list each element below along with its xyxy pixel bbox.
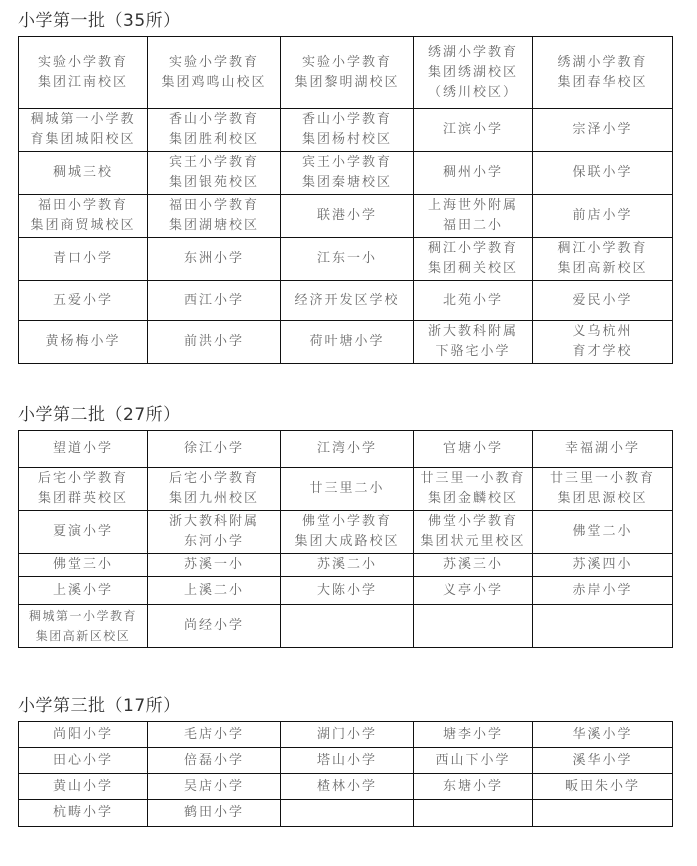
school-cell: 江东一小 — [281, 238, 414, 281]
school-cell: 吴店小学 — [148, 774, 281, 800]
table-row: 稠城三校 宾王小学教育 集团银苑校区 宾王小学教育 集团秦塘校区 稠州小学 保联… — [19, 152, 673, 195]
school-cell: 宾王小学教育 集团银苑校区 — [148, 152, 281, 195]
table-row: 尚阳小学 毛店小学 湖门小学 塘李小学 华溪小学 — [19, 722, 673, 748]
table-row: 黄山小学 吴店小学 楂林小学 东塘小学 畈田朱小学 — [19, 774, 673, 800]
school-cell: 荷叶塘小学 — [281, 321, 414, 364]
school-cell: 香山小学教育 集团胜利校区 — [148, 109, 281, 152]
table-row: 杭畴小学 鹤田小学 — [19, 800, 673, 827]
table-row: 夏演小学 浙大教科附属 东河小学 佛堂小学教育 集团大成路校区 佛堂小学教育 集… — [19, 511, 673, 554]
table-row: 稠城第一小学教 育集团城阳校区 香山小学教育 集团胜利校区 香山小学教育 集团杨… — [19, 109, 673, 152]
table-row: 黄杨梅小学 前洪小学 荷叶塘小学 浙大教科附属 下骆宅小学 义乌杭州 育才学校 — [19, 321, 673, 364]
school-cell: 义乌杭州 育才学校 — [533, 321, 673, 364]
school-cell: 香山小学教育 集团杨村校区 — [281, 109, 414, 152]
table-row: 上溪小学 上溪二小 大陈小学 义亭小学 赤岸小学 — [19, 577, 673, 605]
school-cell: 赤岸小学 — [533, 577, 673, 605]
school-cell: 上溪小学 — [19, 577, 148, 605]
school-cell: 佛堂小学教育 集团大成路校区 — [281, 511, 414, 554]
school-cell: 杭畴小学 — [19, 800, 148, 827]
school-cell: 黄杨梅小学 — [19, 321, 148, 364]
school-cell: 江湾小学 — [281, 431, 414, 468]
section-title: 小学第二批（27所） — [18, 404, 672, 426]
school-cell: 西江小学 — [148, 281, 281, 321]
school-cell: 福田小学教育 集团湖塘校区 — [148, 195, 281, 238]
school-cell: 徐江小学 — [148, 431, 281, 468]
school-cell: 五爱小学 — [19, 281, 148, 321]
section-title: 小学第一批（35所） — [18, 10, 672, 32]
school-cell: 苏溪三小 — [414, 554, 533, 577]
school-cell: 后宅小学教育 集团九州校区 — [148, 468, 281, 511]
school-cell: 尚经小学 — [148, 605, 281, 648]
school-cell: 官塘小学 — [414, 431, 533, 468]
table-row: 福田小学教育 集团商贸城校区 福田小学教育 集团湖塘校区 联港小学 上海世外附属… — [19, 195, 673, 238]
school-cell: 宗泽小学 — [533, 109, 673, 152]
empty-cell — [281, 800, 414, 827]
school-cell: 绣湖小学教育 集团绣湖校区 （绣川校区） — [414, 37, 533, 109]
school-cell: 尚阳小学 — [19, 722, 148, 748]
school-cell: 佛堂小学教育 集团状元里校区 — [414, 511, 533, 554]
school-cell: 宾王小学教育 集团秦塘校区 — [281, 152, 414, 195]
school-table: 尚阳小学 毛店小学 湖门小学 塘李小学 华溪小学 田心小学 倍磊小学 塔山小学 … — [18, 721, 673, 827]
school-cell: 望道小学 — [19, 431, 148, 468]
school-cell: 廿三里二小 — [281, 468, 414, 511]
school-cell: 稠州小学 — [414, 152, 533, 195]
school-cell: 实验小学教育 集团鸡鸣山校区 — [148, 37, 281, 109]
school-cell: 上海世外附属 福田二小 — [414, 195, 533, 238]
table-row: 青口小学 东洲小学 江东一小 稠江小学教育 集团稠关校区 稠江小学教育 集团高新… — [19, 238, 673, 281]
school-cell: 福田小学教育 集团商贸城校区 — [19, 195, 148, 238]
section-batch-3: 小学第三批（17所） 尚阳小学 毛店小学 湖门小学 塘李小学 华溪小学 田心小学… — [18, 695, 672, 827]
school-table: 望道小学 徐江小学 江湾小学 官塘小学 幸福湖小学 后宅小学教育 集团群英校区 … — [18, 430, 673, 648]
school-cell: 实验小学教育 集团黎明湖校区 — [281, 37, 414, 109]
section-title: 小学第三批（17所） — [18, 695, 672, 717]
empty-cell — [281, 605, 414, 648]
school-cell: 经济开发区学校 — [281, 281, 414, 321]
school-cell: 联港小学 — [281, 195, 414, 238]
school-cell: 爱民小学 — [533, 281, 673, 321]
school-cell: 夏演小学 — [19, 511, 148, 554]
school-cell: 稠城第一小学教 育集团城阳校区 — [19, 109, 148, 152]
school-cell: 佛堂三小 — [19, 554, 148, 577]
school-cell: 稠江小学教育 集团稠关校区 — [414, 238, 533, 281]
school-cell: 实验小学教育 集团江南校区 — [19, 37, 148, 109]
school-cell: 华溪小学 — [533, 722, 673, 748]
school-cell: 稠城第一小学教育 集团高新区校区 — [19, 605, 148, 648]
school-cell: 东塘小学 — [414, 774, 533, 800]
school-cell: 前洪小学 — [148, 321, 281, 364]
school-cell: 北苑小学 — [414, 281, 533, 321]
school-cell: 前店小学 — [533, 195, 673, 238]
school-cell: 廿三里一小教育 集团金麟校区 — [414, 468, 533, 511]
empty-cell — [414, 605, 533, 648]
school-cell: 楂林小学 — [281, 774, 414, 800]
school-cell: 苏溪四小 — [533, 554, 673, 577]
school-cell: 绣湖小学教育 集团春华校区 — [533, 37, 673, 109]
school-cell: 青口小学 — [19, 238, 148, 281]
school-cell: 倍磊小学 — [148, 748, 281, 774]
school-cell: 稠江小学教育 集团高新校区 — [533, 238, 673, 281]
school-cell: 田心小学 — [19, 748, 148, 774]
section-batch-1: 小学第一批（35所） 实验小学教育 集团江南校区 实验小学教育 集团鸡鸣山校区 … — [18, 10, 672, 364]
school-cell: 溪华小学 — [533, 748, 673, 774]
school-cell: 塔山小学 — [281, 748, 414, 774]
empty-cell — [414, 800, 533, 827]
school-table: 实验小学教育 集团江南校区 实验小学教育 集团鸡鸣山校区 实验小学教育 集团黎明… — [18, 36, 673, 364]
school-cell: 鹤田小学 — [148, 800, 281, 827]
school-cell: 后宅小学教育 集团群英校区 — [19, 468, 148, 511]
school-cell: 湖门小学 — [281, 722, 414, 748]
school-cell: 江滨小学 — [414, 109, 533, 152]
table-row: 望道小学 徐江小学 江湾小学 官塘小学 幸福湖小学 — [19, 431, 673, 468]
school-cell: 保联小学 — [533, 152, 673, 195]
table-row: 五爱小学 西江小学 经济开发区学校 北苑小学 爱民小学 — [19, 281, 673, 321]
school-cell: 稠城三校 — [19, 152, 148, 195]
school-cell: 东洲小学 — [148, 238, 281, 281]
school-cell: 义亭小学 — [414, 577, 533, 605]
school-cell: 塘李小学 — [414, 722, 533, 748]
school-cell: 廿三里一小教育 集团思源校区 — [533, 468, 673, 511]
school-cell: 黄山小学 — [19, 774, 148, 800]
table-row: 佛堂三小 苏溪一小 苏溪二小 苏溪三小 苏溪四小 — [19, 554, 673, 577]
section-batch-2: 小学第二批（27所） 望道小学 徐江小学 江湾小学 官塘小学 幸福湖小学 后宅小… — [18, 404, 672, 648]
school-cell: 佛堂二小 — [533, 511, 673, 554]
table-row: 实验小学教育 集团江南校区 实验小学教育 集团鸡鸣山校区 实验小学教育 集团黎明… — [19, 37, 673, 109]
school-cell: 上溪二小 — [148, 577, 281, 605]
table-row: 田心小学 倍磊小学 塔山小学 西山下小学 溪华小学 — [19, 748, 673, 774]
table-row: 稠城第一小学教育 集团高新区校区 尚经小学 — [19, 605, 673, 648]
school-cell: 畈田朱小学 — [533, 774, 673, 800]
empty-cell — [533, 605, 673, 648]
school-cell: 大陈小学 — [281, 577, 414, 605]
empty-cell — [533, 800, 673, 827]
school-cell: 毛店小学 — [148, 722, 281, 748]
school-cell: 苏溪二小 — [281, 554, 414, 577]
school-cell: 幸福湖小学 — [533, 431, 673, 468]
table-row: 后宅小学教育 集团群英校区 后宅小学教育 集团九州校区 廿三里二小 廿三里一小教… — [19, 468, 673, 511]
school-cell: 浙大教科附属 下骆宅小学 — [414, 321, 533, 364]
school-cell: 浙大教科附属 东河小学 — [148, 511, 281, 554]
school-cell: 苏溪一小 — [148, 554, 281, 577]
school-cell: 西山下小学 — [414, 748, 533, 774]
